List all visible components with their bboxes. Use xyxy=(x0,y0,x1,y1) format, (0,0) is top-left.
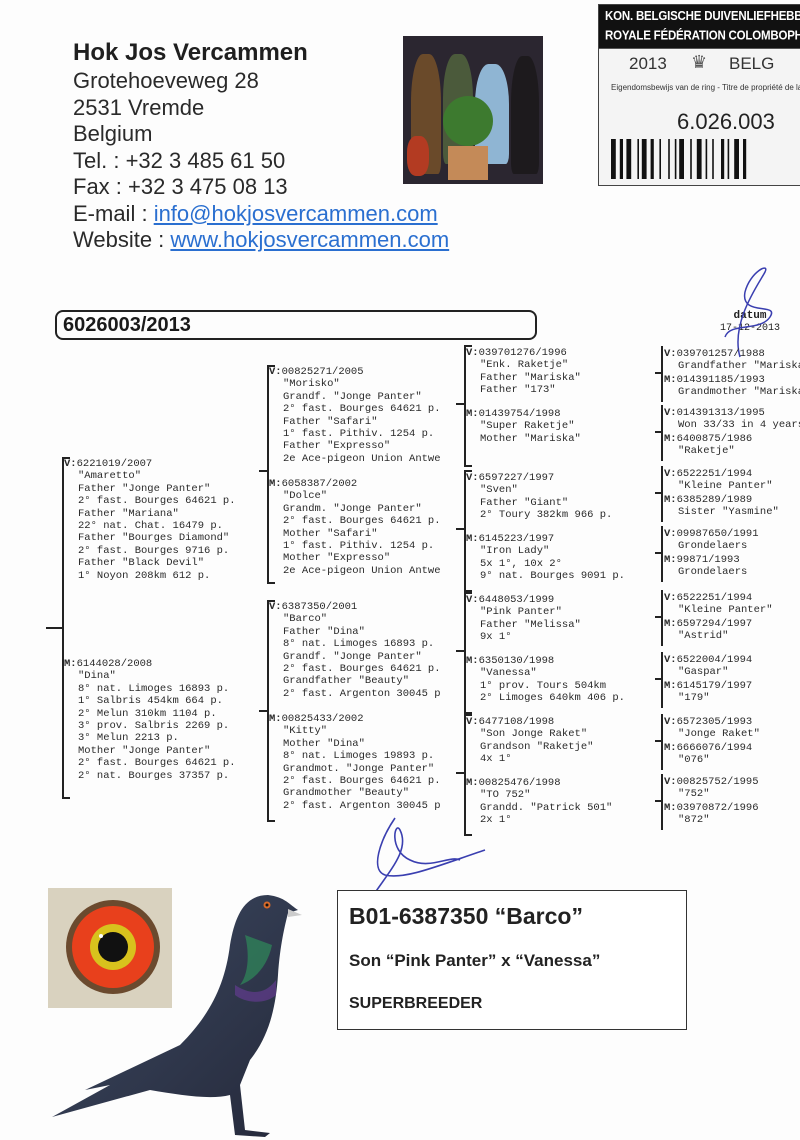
ring-number: 99871/1993 xyxy=(677,554,740,566)
website-line: Website : www.hokjosvercammen.com xyxy=(73,227,449,254)
email-label: E-mail : xyxy=(73,201,154,226)
pedigree-bracket xyxy=(661,405,663,461)
ring-number: 6522251/1994 xyxy=(677,468,753,480)
pedigree-detail-line: 2° fast. Bourges 64621 p. xyxy=(269,403,441,415)
ring-number: 6522004/1994 xyxy=(677,654,753,666)
ownership-text: Eigendomsbewijs van de ring - Titre de p… xyxy=(611,83,800,92)
sex-label: V: xyxy=(466,716,479,728)
pedigree-detail-line: Mother "Mariska" xyxy=(466,433,581,445)
sex-label: M: xyxy=(664,618,677,630)
sex-label: M: xyxy=(64,658,77,670)
sex-label: V: xyxy=(664,654,677,666)
pedigree-detail-line: Grondelaers xyxy=(664,540,759,552)
sire-entry: V:00825271/2005"Morisko"Grandf. "Jonge P… xyxy=(269,366,441,465)
pedigree-detail-line: "752" xyxy=(664,788,759,800)
ring-number: 6477108/1998 xyxy=(479,716,555,728)
sex-label: V: xyxy=(269,366,282,378)
pedigree-detail-line: 1° Noyon 208km 612 p. xyxy=(64,570,236,582)
pedigree-bracket xyxy=(661,774,663,830)
pedigree-detail-line: Mother "Expresso" xyxy=(269,552,441,564)
sex-label: V: xyxy=(664,528,677,540)
pedigree-detail-line: Father "Dina" xyxy=(269,626,441,638)
pedigree-detail-line: "Morisko" xyxy=(269,378,441,390)
ring-number: 6221019/2007 xyxy=(77,458,153,470)
sex-label: M: xyxy=(664,494,677,506)
dam-entry: M:6145223/1997"Iron Lady"5x 1°, 10x 2°9°… xyxy=(466,533,625,583)
pedigree-connector xyxy=(655,372,661,374)
pedigree-detail-line: Mother "Jonge Panter" xyxy=(64,745,236,757)
ring-number: 6522251/1994 xyxy=(677,592,753,604)
pedigree-detail-line: "Vanessa" xyxy=(466,667,625,679)
pedigree-detail-line: 2° fast. Bourges 64621 p. xyxy=(269,775,441,787)
sire-entry: V:00825752/1995"752" xyxy=(664,776,759,801)
dam-entry: M:6144028/2008"Dina"8° nat. Limoges 1689… xyxy=(64,658,236,782)
tel-line: Tel. : +32 3 485 61 50 xyxy=(73,148,449,175)
pedigree-detail-line: Father "Melissa" xyxy=(466,619,581,631)
pedigree-connector xyxy=(655,552,661,554)
pedigree-connector xyxy=(655,800,661,802)
contact-block: Hok Jos Vercammen Grotehoeveweg 28 2531 … xyxy=(73,38,449,254)
ring-number: 014391313/1995 xyxy=(677,407,765,419)
city: 2531 Vremde xyxy=(73,95,449,122)
pedigree-detail-line: "Son Jonge Raket" xyxy=(466,728,593,740)
sex-label: M: xyxy=(664,554,677,566)
sex-label: M: xyxy=(664,374,677,386)
loft-photo xyxy=(403,36,543,184)
pedigree-detail-line: 5x 1°, 10x 2° xyxy=(466,558,625,570)
dam-entry: M:6058387/2002"Dolce"Grandm. "Jonge Pant… xyxy=(269,478,441,577)
website-link[interactable]: www.hokjosvercammen.com xyxy=(170,227,449,252)
pedigree-detail-line: "Astrid" xyxy=(664,630,752,642)
pedigree-connector xyxy=(655,431,661,433)
pedigree-detail-line: 2° fast. Bourges 64621 p. xyxy=(64,757,236,769)
pedigree-detail-line: Grondelaers xyxy=(664,566,747,578)
sex-label: M: xyxy=(664,742,677,754)
pedigree-connector xyxy=(456,528,464,530)
country: Belgium xyxy=(73,121,449,148)
ring-number: 6385289/1989 xyxy=(677,494,753,506)
pedigree-bracket xyxy=(661,346,663,402)
pedigree-detail-line: "Dina" xyxy=(64,670,236,682)
pedigree-detail-line: 1° prov. Tours 504km xyxy=(466,680,625,692)
sire-entry: V:6522004/1994"Gaspar" xyxy=(664,654,752,679)
pedigree-detail-line: Father "Mariana" xyxy=(64,508,236,520)
pedigree-detail-line: Father "Bourges Diamond" xyxy=(64,532,236,544)
sire-entry: V:09987650/1991Grondelaers xyxy=(664,528,759,553)
pedigree-detail-line: "Amaretto" xyxy=(64,470,236,482)
pedigree-detail-line: 2° nat. Bourges 37357 p. xyxy=(64,770,236,782)
pedigree-title: 6026003/2013 xyxy=(55,310,537,340)
ring-number: 6597227/1997 xyxy=(479,472,555,484)
ring-ownership-card: KON. BELGISCHE DUIVENLIEFHEBBERSBOND ROY… xyxy=(598,4,800,186)
pedigree-detail-line: Grandmother "Beauty" xyxy=(269,787,441,799)
pedigree-detail-line: "Gaspar" xyxy=(664,666,752,678)
pedigree-detail-line: "Sven" xyxy=(466,484,612,496)
sex-label: M: xyxy=(664,433,677,445)
ring-number: 09987650/1991 xyxy=(677,528,759,540)
pedigree-detail-line: Father "173" xyxy=(466,384,581,396)
sire-entry: V:039701276/1996"Enk. Raketje"Father "Ma… xyxy=(466,347,581,397)
pedigree-detail-line: Grandf. "Jonge Panter" xyxy=(269,391,441,403)
dam-entry: M:00825433/2002"Kitty"Mother "Dina"8° na… xyxy=(269,713,441,812)
pedigree-detail-line: "Dolce" xyxy=(269,490,441,502)
sire-entry: V:6387350/2001"Barco"Father "Dina"8° nat… xyxy=(269,601,441,700)
pedigree-detail-line: "872" xyxy=(664,814,759,826)
sire-entry: V:6221019/2007"Amaretto"Father "Jonge Pa… xyxy=(64,458,236,582)
ring-number: 00825752/1995 xyxy=(677,776,759,788)
pigeon-photo xyxy=(40,885,320,1140)
ring-number: 6350130/1998 xyxy=(479,655,555,667)
pedigree-bracket xyxy=(661,652,663,708)
sire-entry: V:6597227/1997"Sven"Father "Giant"2° Tou… xyxy=(466,472,612,522)
sex-label: V: xyxy=(64,458,77,470)
pedigree-detail-line: Mother "Safari" xyxy=(269,528,441,540)
pedigree-detail-line: 3° prov. Salbris 2269 p. xyxy=(64,720,236,732)
ring-number: 6387350/2001 xyxy=(282,601,358,613)
dam-entry: M:6666076/1994"076" xyxy=(664,742,752,767)
pedigree-connector xyxy=(259,470,267,472)
dam-entry: M:014391185/1993Grandmother "Mariska" xyxy=(664,374,800,399)
pedigree-detail-line: "Enk. Raketje" xyxy=(466,359,581,371)
email-link[interactable]: info@hokjosvercammen.com xyxy=(154,201,438,226)
sex-label: V: xyxy=(664,776,677,788)
pedigree-connector xyxy=(46,627,62,629)
sire-entry: V:6477108/1998"Son Jonge Raket"Grandson … xyxy=(466,716,593,766)
pedigree-detail-line: 22° nat. Chat. 16479 p. xyxy=(64,520,236,532)
dam-entry: M:01439754/1998"Super Raketje"Mother "Ma… xyxy=(466,408,581,445)
sex-label: M: xyxy=(466,655,479,667)
pedigree-connector xyxy=(655,492,661,494)
pedigree-detail-line: "Kitty" xyxy=(269,725,441,737)
pedigree-detail-line: Father "Giant" xyxy=(466,497,612,509)
crown-icon: ♛ xyxy=(691,52,707,73)
ring-number: 03970872/1996 xyxy=(677,802,759,814)
pedigree-detail-line: Sister "Yasmine" xyxy=(664,506,779,518)
sex-label: V: xyxy=(664,592,677,604)
ring-number: 6058387/2002 xyxy=(282,478,358,490)
dam-entry: M:6350130/1998"Vanessa"1° prov. Tours 50… xyxy=(466,655,625,705)
pedigree-detail-line: "TO 752" xyxy=(466,789,612,801)
ring-number: 039701257/1988 xyxy=(677,348,765,360)
pedigree-connector xyxy=(456,650,464,652)
pedigree-detail-line: Won 33/33 in 4 years xyxy=(664,419,800,431)
summary-ring: B01-6387350 “Barco” xyxy=(349,903,583,930)
ring-country: BELG xyxy=(729,54,774,74)
ring-number: 6.026.003 xyxy=(677,109,775,135)
pedigree-detail-line: "Raketje" xyxy=(664,445,752,457)
ring-number: 6572305/1993 xyxy=(677,716,753,728)
pedigree-detail-line: Grandf. "Jonge Panter" xyxy=(269,651,441,663)
pedigree-bracket xyxy=(661,466,663,522)
pedigree-detail-line: 8° nat. Limoges 16893 p. xyxy=(269,638,441,650)
pedigree-detail-line: 4x 1° xyxy=(466,753,593,765)
sex-label: V: xyxy=(664,468,677,480)
pedigree-detail-line: "Barco" xyxy=(269,613,441,625)
sex-label: V: xyxy=(466,472,479,484)
sex-label: V: xyxy=(269,601,282,613)
sex-label: M: xyxy=(269,713,282,725)
ring-number: 00825271/2005 xyxy=(282,366,364,378)
sex-label: V: xyxy=(664,407,677,419)
ring-number: 6145223/1997 xyxy=(479,533,555,545)
street: Grotehoeveweg 28 xyxy=(73,68,449,95)
dam-entry: M:6400875/1986"Raketje" xyxy=(664,433,752,458)
ring-number: 6144028/2008 xyxy=(77,658,153,670)
ring-number: 00825433/2002 xyxy=(282,713,364,725)
pedigree-detail-line: "076" xyxy=(664,754,752,766)
pedigree-detail-line: "Kleine Panter" xyxy=(664,480,773,492)
sire-entry: V:6522251/1994"Kleine Panter" xyxy=(664,592,773,617)
pedigree-detail-line: 2° Melun 310km 1104 p. xyxy=(64,708,236,720)
pedigree-detail-line: 2e Ace-pigeon Union Antwe xyxy=(269,453,441,465)
pedigree-detail-line: "Iron Lady" xyxy=(466,545,625,557)
pedigree-detail-line: 2° fast. Bourges 64621 p. xyxy=(269,663,441,675)
ring-number: 6597294/1997 xyxy=(677,618,753,630)
ring-year: 2013 xyxy=(629,54,667,74)
federation-name-nl: KON. BELGISCHE DUIVENLIEFHEBBERSBOND xyxy=(605,7,800,27)
ring-number: 6145179/1997 xyxy=(677,680,753,692)
dam-entry: M:99871/1993Grondelaers xyxy=(664,554,747,579)
barcode xyxy=(611,139,800,179)
ring-number: 01439754/1998 xyxy=(479,408,561,420)
sex-label: V: xyxy=(466,347,479,359)
sex-label: V: xyxy=(664,348,677,360)
summary-box: B01-6387350 “Barco” Son “Pink Panter” x … xyxy=(337,890,687,1030)
tel-value: +32 3 485 61 50 xyxy=(126,148,286,173)
pedigree-detail-line: 1° fast. Pithiv. 1254 p. xyxy=(269,428,441,440)
pedigree-connector xyxy=(655,678,661,680)
pedigree-detail-line: "Kleine Panter" xyxy=(664,604,773,616)
summary-title: SUPERBREEDER xyxy=(349,995,482,1013)
ring-number: 039701276/1996 xyxy=(479,347,567,359)
pedigree-detail-line: Father "Expresso" xyxy=(269,440,441,452)
loft-name: Hok Jos Vercammen xyxy=(73,38,449,68)
sex-label: M: xyxy=(664,802,677,814)
pedigree-detail-line: 2° fast. Bourges 64621 p. xyxy=(64,495,236,507)
ring-number: 6448053/1999 xyxy=(479,594,555,606)
pedigree-connector xyxy=(259,710,267,712)
federation-header: KON. BELGISCHE DUIVENLIEFHEBBERSBOND ROY… xyxy=(599,5,800,49)
pedigree-detail-line: 8° nat. Limoges 16893 p. xyxy=(64,683,236,695)
pedigree-detail-line: Father "Jonge Panter" xyxy=(64,483,236,495)
ring-number: 6400875/1986 xyxy=(677,433,753,445)
pedigree-detail-line: 9° nat. Bourges 9091 p. xyxy=(466,570,625,582)
sex-label: M: xyxy=(664,680,677,692)
pedigree-connector xyxy=(456,772,464,774)
pedigree-connector xyxy=(655,616,661,618)
pedigree-detail-line: "Jonge Raket" xyxy=(664,728,760,740)
sex-label: M: xyxy=(466,533,479,545)
sex-label: V: xyxy=(466,594,479,606)
pedigree-detail-line: Father "Mariska" xyxy=(466,372,581,384)
pedigree-detail-line: Grandson "Raketje" xyxy=(466,741,593,753)
sire-entry: V:039701257/1988Grandfather "Mariska" xyxy=(664,348,800,373)
email-line: E-mail : info@hokjosvercammen.com xyxy=(73,201,449,228)
pedigree-detail-line: 8° nat. Limoges 19893 p. xyxy=(269,750,441,762)
pedigree-detail-line: 1° fast. Pithiv. 1254 p. xyxy=(269,540,441,552)
sire-entry: V:6572305/1993"Jonge Raket" xyxy=(664,716,760,741)
sire-entry: V:014391313/1995Won 33/33 in 4 years xyxy=(664,407,800,432)
website-label: Website : xyxy=(73,227,170,252)
ring-number: 6666076/1994 xyxy=(677,742,753,754)
pedigree-bracket xyxy=(661,526,663,582)
federation-name-fr: ROYALE FÉDÉRATION COLOMBOPHILE BELGE xyxy=(605,27,800,47)
sex-label: M: xyxy=(269,478,282,490)
pedigree-detail-line: "Super Raketje" xyxy=(466,420,581,432)
pedigree-detail-line: 2° fast. Argenton 30045 p xyxy=(269,688,441,700)
pedigree-detail-line: Father "Black Devil" xyxy=(64,557,236,569)
pedigree-detail-line: "Pink Panter" xyxy=(466,606,581,618)
pedigree-detail-line: Father "Safari" xyxy=(269,416,441,428)
ring-number: 014391185/1993 xyxy=(677,374,765,386)
pedigree-bracket xyxy=(661,714,663,770)
sire-entry: V:6522251/1994"Kleine Panter" xyxy=(664,468,773,493)
pedigree-connector xyxy=(655,740,661,742)
fax-line: Fax : +32 3 475 08 13 xyxy=(73,174,449,201)
ring-number: 00825476/1998 xyxy=(479,777,561,789)
pedigree-detail-line: Grandmot. "Jonge Panter" xyxy=(269,763,441,775)
pedigree-detail-line: 1° Salbris 454km 664 p. xyxy=(64,695,236,707)
pedigree-detail-line: 2e Ace-pigeon Union Antwe xyxy=(269,565,441,577)
sex-label: M: xyxy=(466,408,479,420)
sex-label: M: xyxy=(466,777,479,789)
pedigree-detail-line: 2° fast. Bourges 9716 p. xyxy=(64,545,236,557)
pedigree-detail-line: 9x 1° xyxy=(466,631,581,643)
pedigree-detail-line: Grandmother "Mariska" xyxy=(664,386,800,398)
pedigree-detail-line: 2° Toury 382km 966 p. xyxy=(466,509,612,521)
pedigree-detail-line: Mother "Dina" xyxy=(269,738,441,750)
dam-entry: M:6385289/1989Sister "Yasmine" xyxy=(664,494,779,519)
pedigree-detail-line: "179" xyxy=(664,692,752,704)
fax-label: Fax : xyxy=(73,174,128,199)
sex-label: V: xyxy=(664,716,677,728)
tel-label: Tel. : xyxy=(73,148,126,173)
pedigree-detail-line: 3° Melun 2213 p. xyxy=(64,732,236,744)
pedigree-detail-line: Grandm. "Jonge Panter" xyxy=(269,503,441,515)
dam-entry: M:6597294/1997"Astrid" xyxy=(664,618,752,643)
dam-entry: M:6145179/1997"179" xyxy=(664,680,752,705)
pedigree-connector xyxy=(456,403,464,405)
pedigree-detail-line: Grandfather "Mariska" xyxy=(664,360,800,372)
pedigree-detail-line: Grandfather "Beauty" xyxy=(269,675,441,687)
fax-value: +32 3 475 08 13 xyxy=(128,174,288,199)
sire-entry: V:6448053/1999"Pink Panter"Father "Melis… xyxy=(466,594,581,644)
pedigree-detail-line: 2° fast. Bourges 64621 p. xyxy=(269,515,441,527)
summary-parents: Son “Pink Panter” x “Vanessa” xyxy=(349,951,600,971)
pedigree-detail-line: 2° Limoges 640km 406 p. xyxy=(466,692,625,704)
dam-entry: M:03970872/1996"872" xyxy=(664,802,759,827)
pedigree-bracket xyxy=(661,590,663,646)
